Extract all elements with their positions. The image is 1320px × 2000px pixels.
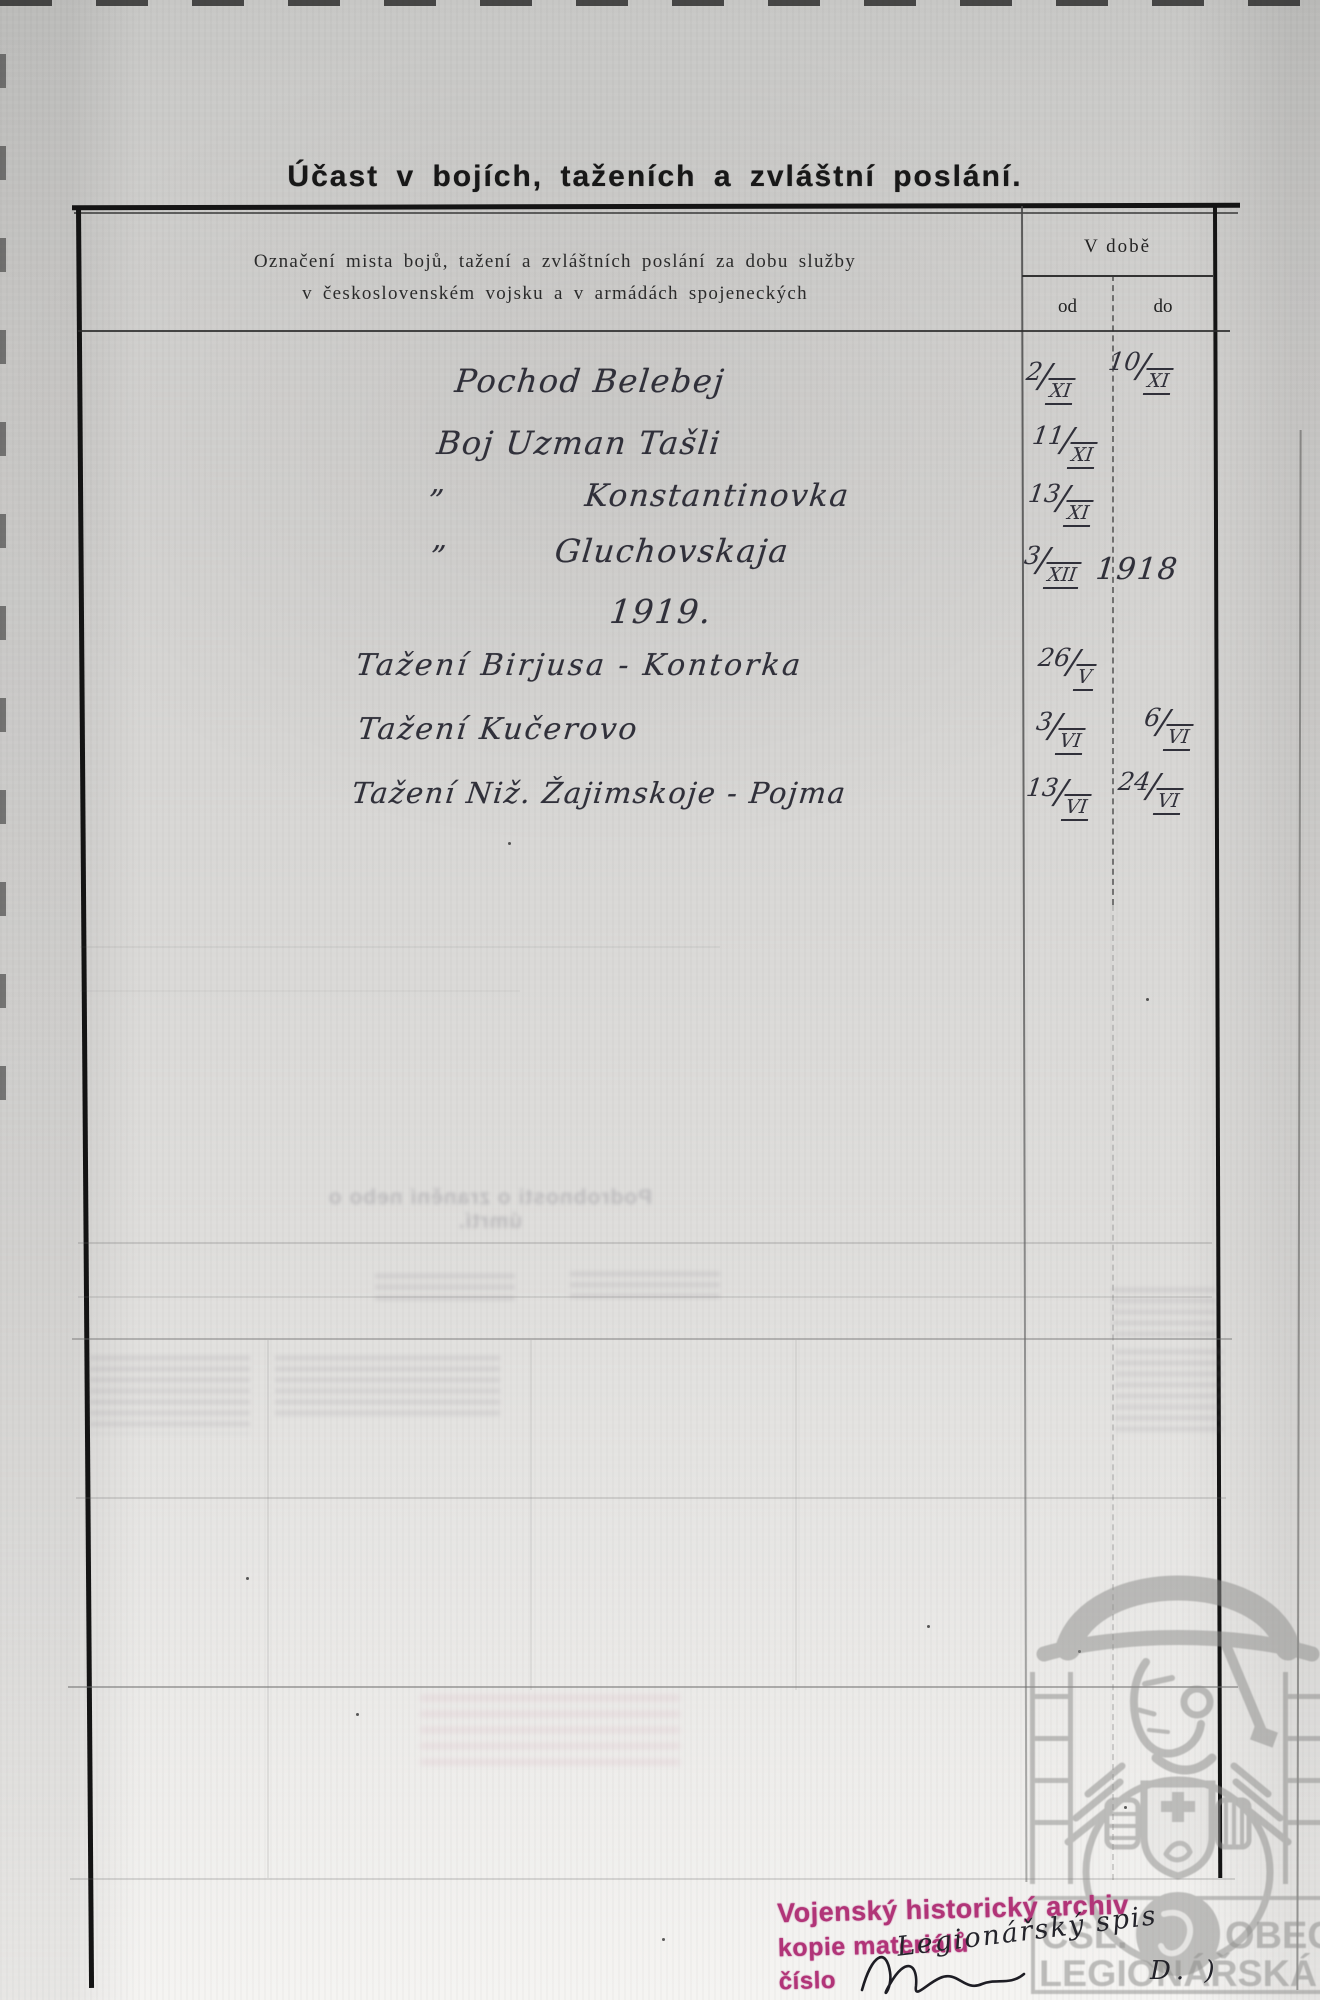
table-rule-top-thin — [74, 212, 1238, 214]
place-entry: Boj Uzman Tašli — [435, 424, 723, 462]
ghost-rule — [80, 946, 720, 948]
year-heading: 1919. — [608, 592, 714, 631]
date-od: 26/V — [1035, 642, 1099, 681]
column-header-places: Označení mista bojů, tažení a zvláštních… — [90, 246, 1020, 310]
table-column-separator — [1021, 206, 1027, 1882]
ghost-text-blob — [1115, 1350, 1223, 1436]
ghost-rule — [78, 1242, 1212, 1244]
scan-edge-left — [0, 0, 6, 1100]
ghost-rule — [72, 1338, 1232, 1340]
table-border-left — [76, 208, 94, 1988]
year-note: 1918 — [1094, 552, 1180, 587]
ink-speck — [927, 1625, 930, 1628]
vdobe-bottom-rule — [1022, 275, 1213, 277]
date-od: 11/XI — [1029, 420, 1100, 459]
subheader-do: do — [1113, 296, 1213, 318]
scanned-document-page: Účast v bojích, taženích a zvláštní posl… — [0, 0, 1320, 2000]
ghost-stamp-blob — [420, 1695, 680, 1767]
ghost-text-blob — [375, 1274, 515, 1304]
ditto-mark: ” — [428, 540, 449, 575]
page-title: Účast v bojích, taženích a zvláštní posl… — [60, 160, 1250, 194]
ditto-mark: ” — [426, 484, 447, 519]
date-od: 13/VI — [1023, 772, 1095, 811]
place-entry: Tažení Kučerovo — [356, 712, 640, 747]
column-header-line1: Označení mista bojů, tažení a zvláštních… — [90, 246, 1020, 278]
date-od: 3/VI — [1033, 706, 1089, 745]
ghost-column-line — [267, 1340, 269, 1878]
header-bottom-rule — [78, 330, 1230, 332]
ghost-column-line — [530, 1340, 532, 1690]
scan-edge-top — [0, 0, 1320, 6]
place-entry: Tažení Birjusa - Kontorka — [354, 648, 804, 683]
ink-speck — [246, 1577, 249, 1580]
ghost-text-blob — [570, 1272, 720, 1302]
ink-speck — [662, 1938, 665, 1941]
date-do: 6/VI — [1141, 702, 1197, 741]
ink-speck — [356, 1713, 359, 1716]
table-rule-top — [72, 203, 1240, 210]
initials-note: D. ) — [1150, 1956, 1221, 1986]
date-do: 24/VI — [1115, 766, 1187, 805]
date-od: 2/XI — [1023, 356, 1079, 395]
date-do: 10/XI — [1105, 346, 1176, 385]
ink-speck — [1146, 998, 1149, 1001]
ink-speck — [508, 842, 511, 845]
ghost-text-blob — [90, 1356, 250, 1434]
ghost-rule — [80, 990, 520, 992]
place-entry: Gluchovskaja — [553, 532, 791, 570]
subheader-od: od — [1022, 296, 1113, 318]
ghost-rule — [76, 1497, 1226, 1499]
column-header-period: V době — [1022, 236, 1213, 258]
watermark-text-obec: OBEC — [1225, 1915, 1320, 1957]
date-od: 13/XI — [1025, 478, 1096, 517]
ghost-text-blob — [1112, 1288, 1216, 1340]
signature — [856, 1944, 1036, 2000]
place-entry: Pochod Belebej — [453, 362, 727, 400]
ghost-column-line — [795, 1340, 797, 1690]
date-od: 3/XII — [1021, 540, 1084, 579]
place-entry: Konstantinovka — [583, 478, 851, 514]
place-entry: Tažení Niž. Žajimskoje - Pojma — [350, 776, 848, 810]
column-header-line2: v československém vojsku a v armádách sp… — [90, 278, 1020, 310]
ghost-text-blob — [275, 1356, 500, 1420]
bleedthrough-heading: Podrobnosti o zranění nebo o úmrtí. — [318, 1186, 662, 1234]
